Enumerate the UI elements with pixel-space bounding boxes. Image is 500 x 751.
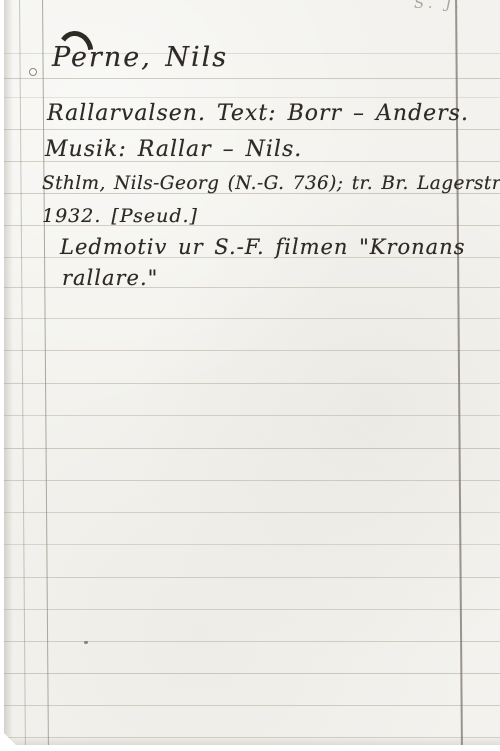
punch-hole-mark bbox=[29, 68, 37, 76]
card-line-publisher: Sthlm, Nils-Georg (N.-G. 736); tr. Br. L… bbox=[42, 173, 500, 194]
corner-annotation: S. J. bbox=[414, 0, 484, 12]
note-line-1: Ledmotiv ur S.-F. filmen "Kronans bbox=[60, 235, 466, 259]
note-line-2: rallare." bbox=[62, 266, 158, 290]
left-margin-line-outer bbox=[19, 0, 26, 751]
scanned-catalog-card: S. J. Perne, Nils Rallarvalsen. Text: Bo… bbox=[0, 0, 500, 751]
ruled-line bbox=[0, 737, 500, 738]
card-line-music: Musik: Rallar – Nils. bbox=[45, 137, 302, 162]
paper-edge-mark bbox=[346, 738, 372, 751]
card-paper: S. J. Perne, Nils Rallarvalsen. Text: Bo… bbox=[0, 0, 500, 746]
card-line-title: Rallarvalsen. Text: Borr – Anders. bbox=[47, 101, 469, 126]
card-line-year: 1932. [Pseud.] bbox=[42, 205, 198, 227]
card-heading: Perne, Nils bbox=[52, 42, 228, 73]
